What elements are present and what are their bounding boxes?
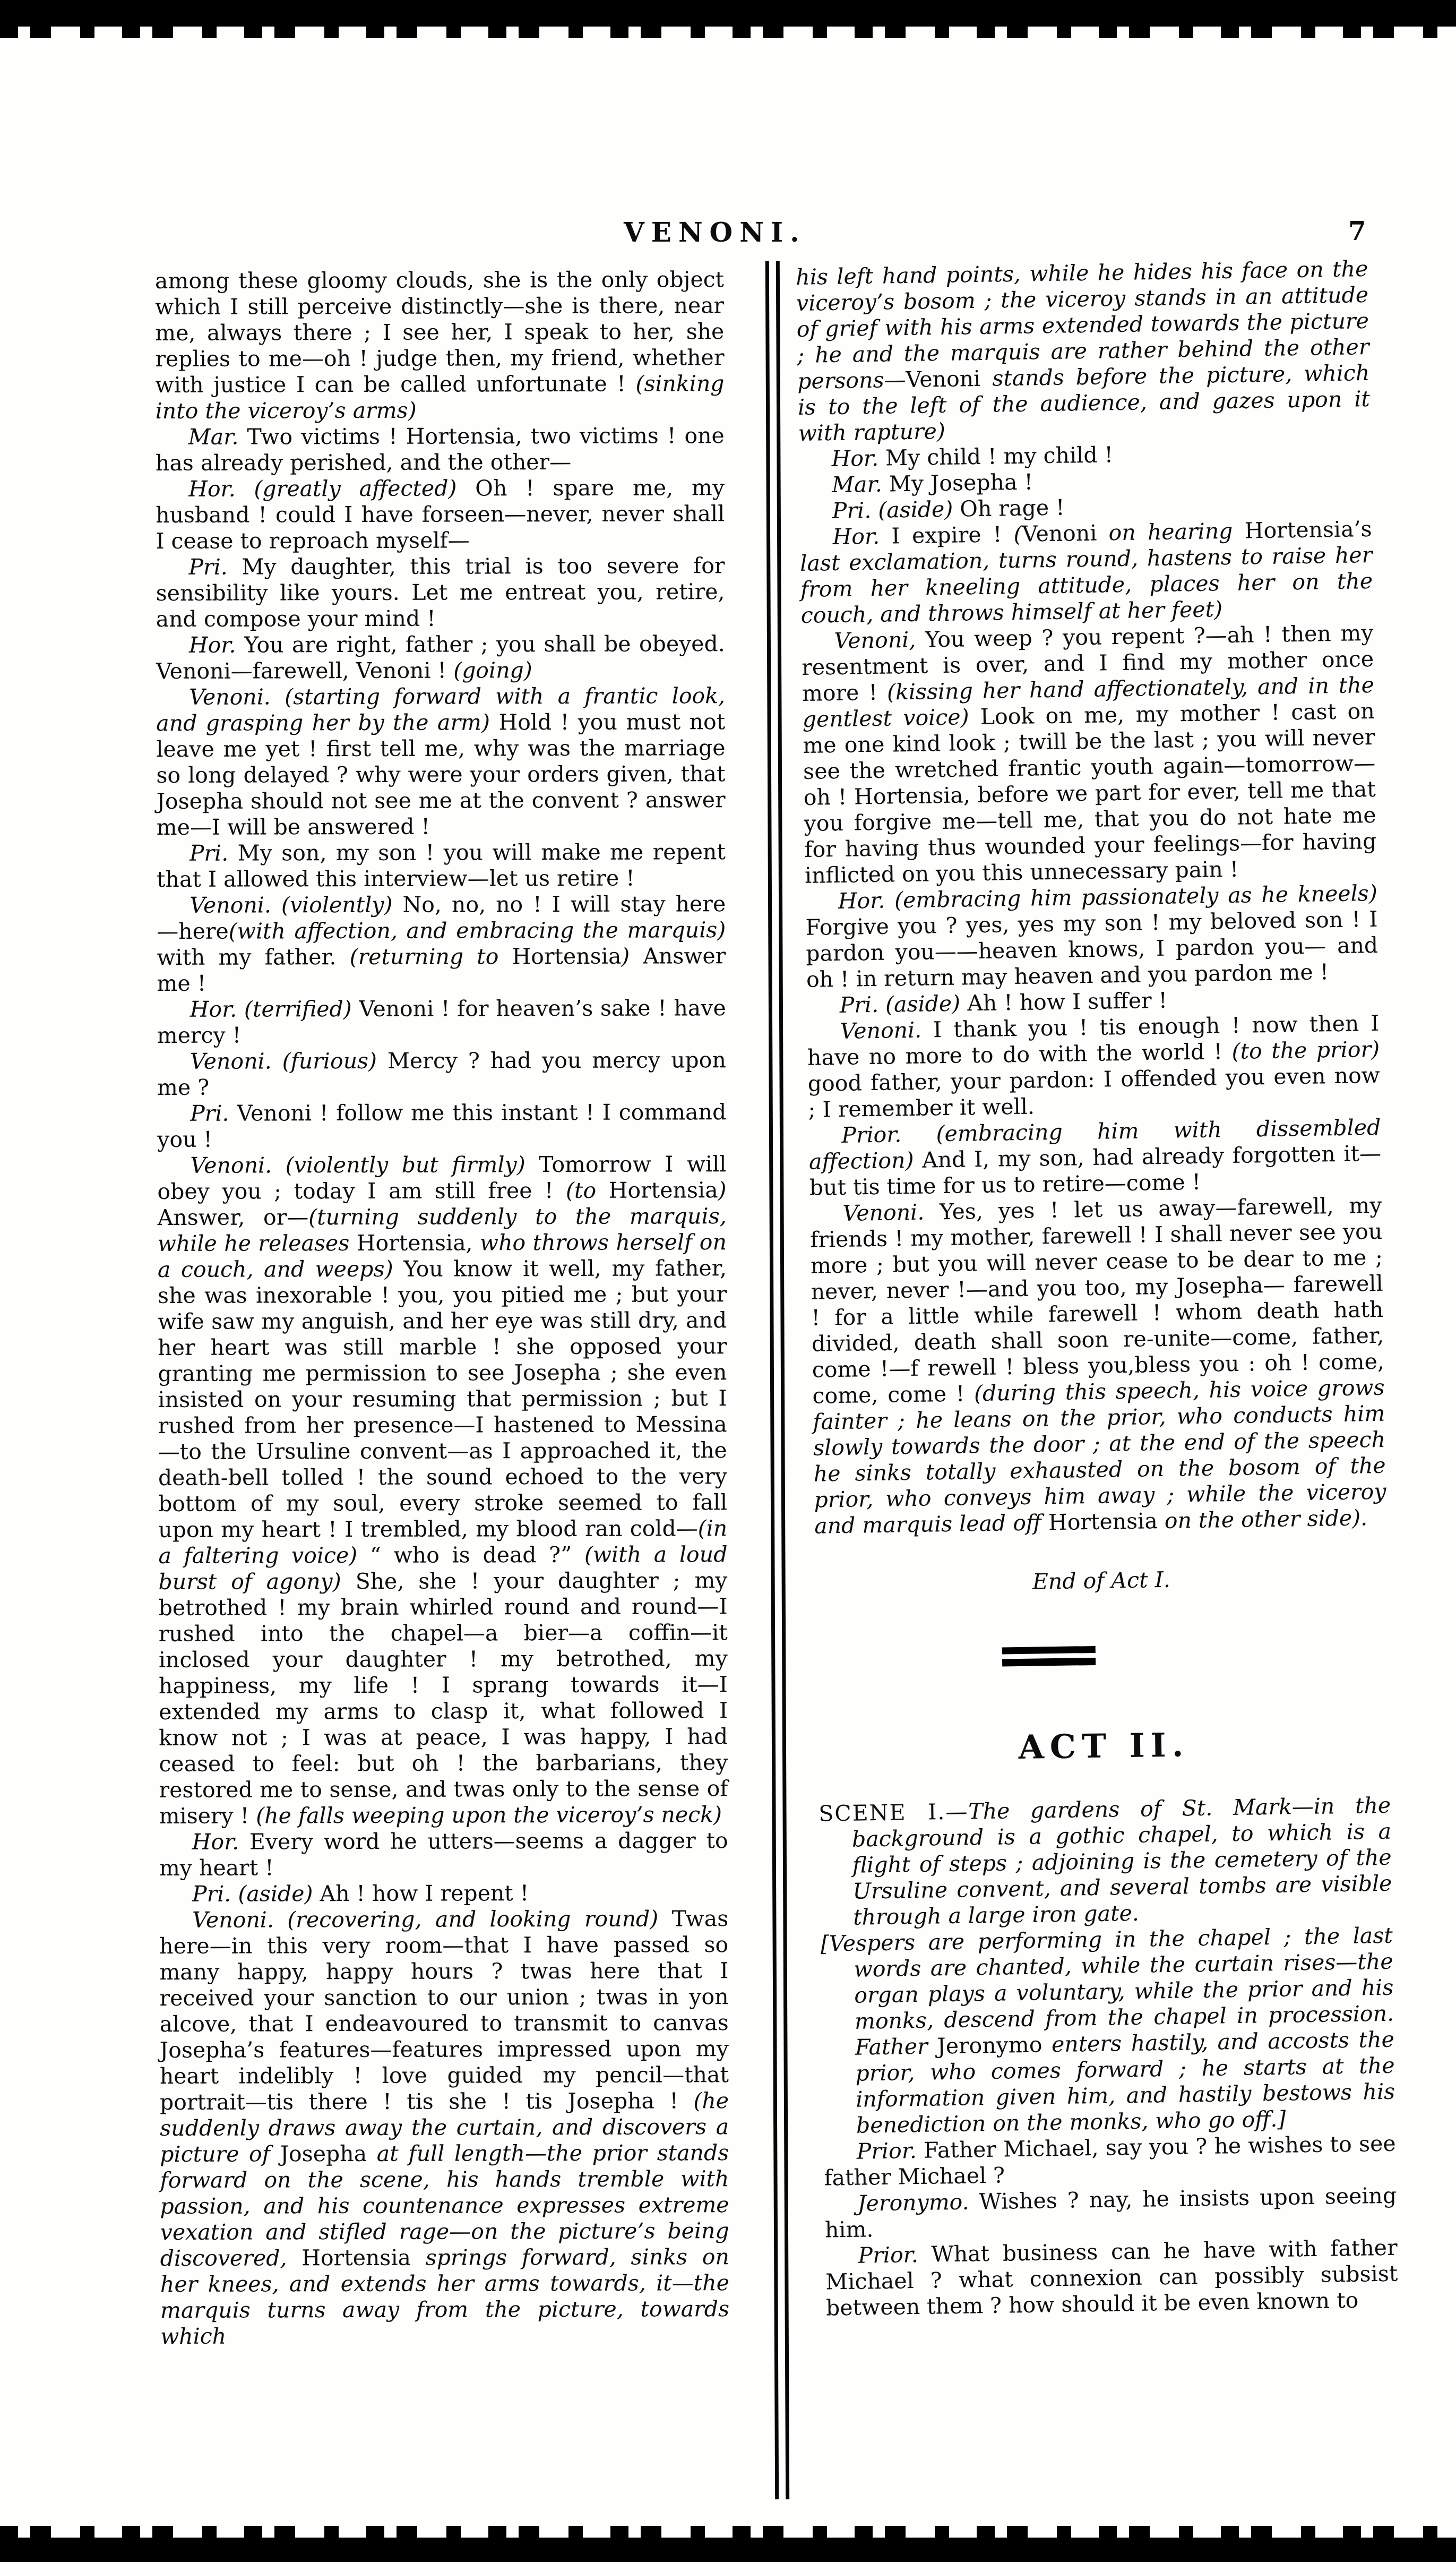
text-segment: Prior. — [858, 2242, 918, 2268]
scan-edge-top-ragged — [0, 27, 1456, 38]
column-divider-rule — [765, 261, 789, 2499]
text-segment: with my father. — [157, 944, 349, 970]
text-segment: Jeronymo — [937, 2032, 1052, 2059]
text-segment: Prior. — [856, 2138, 917, 2164]
text-segment: Josepha — [280, 2141, 377, 2166]
play-text-paragraph: Hor. (embracing him passionately as he k… — [805, 880, 1379, 993]
play-text-paragraph: Hor. Every word he utters—seems a dagger… — [159, 1828, 728, 1881]
act-heading: ACT II. — [817, 1724, 1390, 1769]
text-segment: (returning to — [350, 944, 512, 970]
text-segment: Hortensia’s — [1244, 516, 1372, 544]
text-segment: Venoni. — [842, 1199, 924, 1226]
text-segment: She, she ! your daughter ; my betrothed … — [159, 1567, 728, 1829]
text-segment: Venoni — [906, 366, 992, 392]
text-segment: ) — [718, 1177, 726, 1203]
text-segment: Ah ! how I suffer ! — [960, 988, 1168, 1016]
scan-edge-bottom-ragged — [0, 2526, 1456, 2538]
play-text-paragraph: Venoni. Yes, yes ! let us away—farewell,… — [809, 1193, 1386, 1539]
text-segment: Venoni. (violently) — [189, 892, 392, 918]
play-text-paragraph: Venoni, You weep ? you repent ?—ah ! the… — [801, 620, 1377, 889]
scan-edge-bottom — [0, 2538, 1456, 2562]
text-segment: Pri. (aside) — [192, 1881, 313, 1907]
text-segment: Venoni — [1022, 520, 1109, 546]
play-text-paragraph: Hor. You are right, father ; you shall b… — [156, 631, 725, 684]
text-segment: Answer, or— — [158, 1204, 309, 1230]
text-segment: Hortensia — [1048, 1508, 1165, 1535]
text-column-right: his left hand points, while he hides his… — [796, 256, 1398, 2321]
text-segment: Forgive you ? yes, yes my son ! my belov… — [805, 906, 1378, 992]
text-segment: Mar. — [832, 472, 882, 498]
text-segment: SCENE I.— — [819, 1798, 969, 1826]
section-divider-rule — [1002, 1646, 1096, 1667]
play-text-paragraph: Prior. (embracing him with dissembled af… — [808, 1115, 1382, 1201]
play-text-paragraph: Venoni. (violently) No, no, no ! I will … — [157, 891, 726, 997]
text-segment: Pri. (aside) — [832, 496, 953, 524]
text-segment: My child ! my child ! — [878, 442, 1114, 471]
text-segment: Mar. — [188, 424, 239, 450]
play-text-paragraph: Mar. Two victims ! Hortensia, two victim… — [156, 423, 725, 476]
play-text-paragraph: Venoni. (starting forward with a frantic… — [156, 683, 726, 841]
play-text-paragraph: Pri. Venoni ! follow me this instant ! I… — [157, 1099, 726, 1153]
text-segment: You know it well, my father, she was ine… — [158, 1255, 727, 1543]
play-text-paragraph: Venoni. I thank you ! tis enough ! now t… — [807, 1010, 1381, 1123]
play-text-paragraph: his left hand points, while he hides his… — [796, 256, 1371, 447]
text-segment: ) — [621, 944, 630, 969]
text-segment: Venoni ! follow me this instant ! I comm… — [157, 1099, 726, 1152]
end-of-act-label: End of Act I. — [815, 1564, 1388, 1598]
text-segment: Hor. — [832, 524, 880, 550]
text-segment: (going) — [453, 657, 532, 683]
text-segment: Venoni. (violently but firmly) — [190, 1152, 525, 1178]
text-segment: Hortensia — [609, 1177, 718, 1203]
text-segment: Hor. — [189, 632, 236, 658]
play-text-paragraph: [Vespers are performing in the chapel ; … — [821, 1923, 1396, 2139]
text-segment: My Josepha ! — [882, 469, 1033, 496]
play-text-paragraph: Hor. (greatly affected) Oh ! spare me, m… — [156, 475, 725, 554]
scan-edge-top — [0, 0, 1456, 27]
text-segment: Hor. — [831, 445, 878, 472]
scanned-book-page: VENONI. 7 among these gloomy clouds, she… — [0, 0, 1456, 2562]
play-text-paragraph: Pri. My daughter, this trial is too seve… — [156, 553, 725, 632]
text-segment: Hor. — [192, 1829, 239, 1855]
text-segment: End of Act I. — [1032, 1567, 1171, 1595]
play-text-paragraph: Venoni. (violently but firmly) Tomorrow … — [157, 1151, 728, 1829]
text-segment: Venoni. — [840, 1017, 921, 1044]
text-segment: My son, my son ! you will make me repent… — [157, 839, 726, 892]
text-segment: Venoni. (furious) — [190, 1048, 377, 1074]
text-segment: (with affection, and embracing the marqu… — [229, 917, 726, 944]
page-number: 7 — [1348, 217, 1366, 246]
text-segment: (to the prior) — [1231, 1036, 1380, 1064]
text-segment: Two victims ! Hortensia, two victims ! o… — [156, 423, 725, 476]
text-column-left: among these gloomy clouds, she is the on… — [155, 267, 729, 2350]
text-segment: Ah ! how I repent ! — [313, 1880, 529, 1906]
text-segment: Jeronymo. — [857, 2189, 969, 2216]
text-segment: My daughter, this trial is too severe fo… — [156, 553, 725, 632]
text-segment: ACT II. — [1018, 1725, 1190, 1767]
text-segment: on the other side). — [1164, 1505, 1367, 1533]
play-text-paragraph: Hor. (terrified) Venoni ! for heaven’s s… — [157, 995, 726, 1049]
scene-heading: SCENE I.—The gardens of St. Mark—in the … — [819, 1793, 1393, 1931]
play-text-paragraph: Jeronymo. Wishes ? nay, he insists upon … — [824, 2183, 1397, 2243]
text-segment: Hortensia, — [357, 1230, 480, 1256]
play-text-paragraph: Hor. I expire ! (Venoni on hearing Horte… — [799, 516, 1373, 629]
text-segment: last exclamation, turns round, hastens t… — [800, 542, 1373, 628]
text-segment: Oh rage ! — [953, 495, 1065, 522]
text-segment: Pri. — [188, 554, 227, 580]
play-text-paragraph: Pri. My son, my son ! you will make me r… — [157, 839, 726, 893]
text-segment: (he falls weeping upon the viceroy’s nec… — [256, 1802, 722, 1828]
text-segment: Pri. — [190, 1101, 229, 1126]
text-segment: on hearing — [1108, 518, 1245, 546]
play-text-paragraph: among these gloomy clouds, she is the on… — [155, 267, 725, 424]
text-segment: Hor. (terrified) — [190, 996, 352, 1022]
text-segment: Hortensia — [512, 944, 621, 970]
play-text-paragraph: Venoni. (recovering, and looking round) … — [159, 1906, 729, 2350]
text-segment: I expire ! — [880, 521, 1014, 549]
text-segment: Venoni. (recovering, and looking round) — [192, 1906, 658, 1933]
play-text-paragraph: Venoni. (furious) Mercy ? had you mercy … — [157, 1047, 726, 1101]
page-title: VENONI. — [624, 217, 806, 248]
play-text-paragraph: Prior. Father Michael, say you ? he wish… — [823, 2131, 1396, 2191]
text-segment: good father, your pardon: I offended you… — [808, 1062, 1381, 1123]
text-segment: Pri. (aside) — [839, 991, 960, 1018]
text-segment: Every word he utters—seems a dagger to m… — [159, 1828, 728, 1881]
text-segment: Twas here—in this very room—that I have … — [159, 1906, 729, 2115]
play-text-paragraph: Prior. What business can he have with fa… — [825, 2235, 1398, 2321]
text-segment: You are right, father ; you shall be obe… — [156, 631, 725, 684]
text-segment: Hor. (greatly affected) — [188, 476, 456, 502]
text-segment: ( — [1013, 521, 1022, 547]
text-segment: Hortensia — [301, 2245, 426, 2271]
text-segment: Pri. — [189, 841, 228, 866]
play-text-paragraph: Pri. (aside) Ah ! how I repent ! — [159, 1880, 728, 1907]
text-segment: (to — [566, 1178, 609, 1203]
text-segment: Venoni, — [834, 627, 916, 654]
text-segment: “ who is dead ?” — [357, 1542, 584, 1568]
